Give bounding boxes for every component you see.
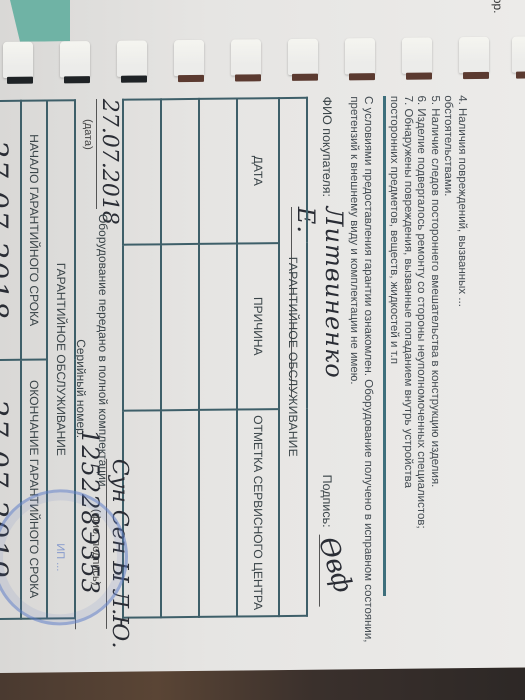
binder-ring: [60, 41, 90, 77]
binder-ring: [174, 40, 204, 76]
seller-name-field[interactable]: Сун Сен Ы Л.Ю.: [106, 459, 132, 629]
section-divider: [383, 96, 386, 596]
binder-ring: [3, 42, 33, 78]
binder-ring: [231, 39, 261, 75]
service-table-title: ГАРАНТИЙНОЕ ОБСЛУЖИВАНИЕ: [279, 98, 307, 616]
column-header-start: НАЧАЛО ГАРАНТИЙНОГО СРОКА: [21, 101, 47, 360]
rule-line: 6. Изделие подвергалось ремонту со сторо…: [414, 96, 428, 676]
warranty-start-date[interactable]: 27.07.2018: [0, 101, 21, 360]
binder-ring: [512, 36, 525, 72]
handover-date-field[interactable]: 27.07.2018: [96, 99, 122, 209]
table-cell[interactable]: [161, 99, 199, 244]
table-cell[interactable]: [199, 99, 237, 244]
binder-tab: [0, 0, 70, 45]
table-cell[interactable]: [199, 409, 237, 617]
rule-line: обстоятельствами.: [441, 95, 455, 675]
binder-ring: [345, 38, 375, 74]
serial-number-field[interactable]: 125228Э353: [75, 429, 104, 629]
warranty-period-table: ГАРАНТИЙНОЕ ОБСЛУЖИВАНИЕ НАЧАЛО ГАРАНТИЙ…: [0, 99, 76, 620]
service-table: ГАРАНТИЙНОЕ ОБСЛУЖИВАНИЕ ДАТА ПРИЧИНА ОТ…: [122, 97, 308, 619]
date-caption: (дата): [82, 119, 94, 150]
binder-ring: [459, 37, 489, 73]
buyer-name-label: ФИО покупателя:: [320, 97, 334, 198]
column-header-end: ОКОНЧАНИЕ ГАРАНТИЙНОГО СРОКА: [21, 360, 47, 619]
rule-line: 4. Наличия повреждений, вызванных ...: [455, 95, 469, 675]
serial-number-label: Серийный номер:: [74, 339, 88, 438]
warranty-exclusions: 4. Наличия повреждений, вызванных ... об…: [387, 95, 468, 676]
table-cell[interactable]: [199, 244, 237, 410]
rule-line: 7. Обнаружены повреждения, вызванные поп…: [401, 96, 415, 676]
column-header-reason: ПРИЧИНА: [237, 243, 279, 409]
column-header-service-mark: ОТМЕТКА СЕРВИСНОГО ЦЕНТРА: [237, 409, 279, 617]
rule-line: посторонних предметов, веществ, жидкосте…: [387, 96, 401, 676]
rule-line: 5. Наличие следов постороннего вмешатель…: [428, 95, 442, 675]
warranty-end-date[interactable]: 27.07.2019: [0, 360, 21, 619]
document-page: ор. 4. Наличия повреждений, вызванных ..…: [0, 0, 525, 673]
binder-ring: [402, 37, 432, 73]
table-cell[interactable]: [161, 244, 199, 410]
table-row: [161, 99, 199, 617]
table-cell[interactable]: [123, 99, 161, 244]
signature-label: Подпись:: [320, 475, 334, 528]
warranty-card: 4. Наличия повреждений, вызванных ... об…: [28, 95, 468, 690]
warranty-table-title: ГАРАНТИЙНОЕ ОБСЛУЖИВАНИЕ: [47, 100, 75, 618]
previous-page-fragment: ор.: [491, 0, 505, 14]
binder-ring: [117, 40, 147, 76]
column-header-date: ДАТА: [237, 98, 279, 243]
binder-ring: [288, 39, 318, 75]
table-cell[interactable]: [123, 244, 161, 410]
table-row: [199, 99, 237, 617]
table-cell[interactable]: [161, 410, 199, 618]
